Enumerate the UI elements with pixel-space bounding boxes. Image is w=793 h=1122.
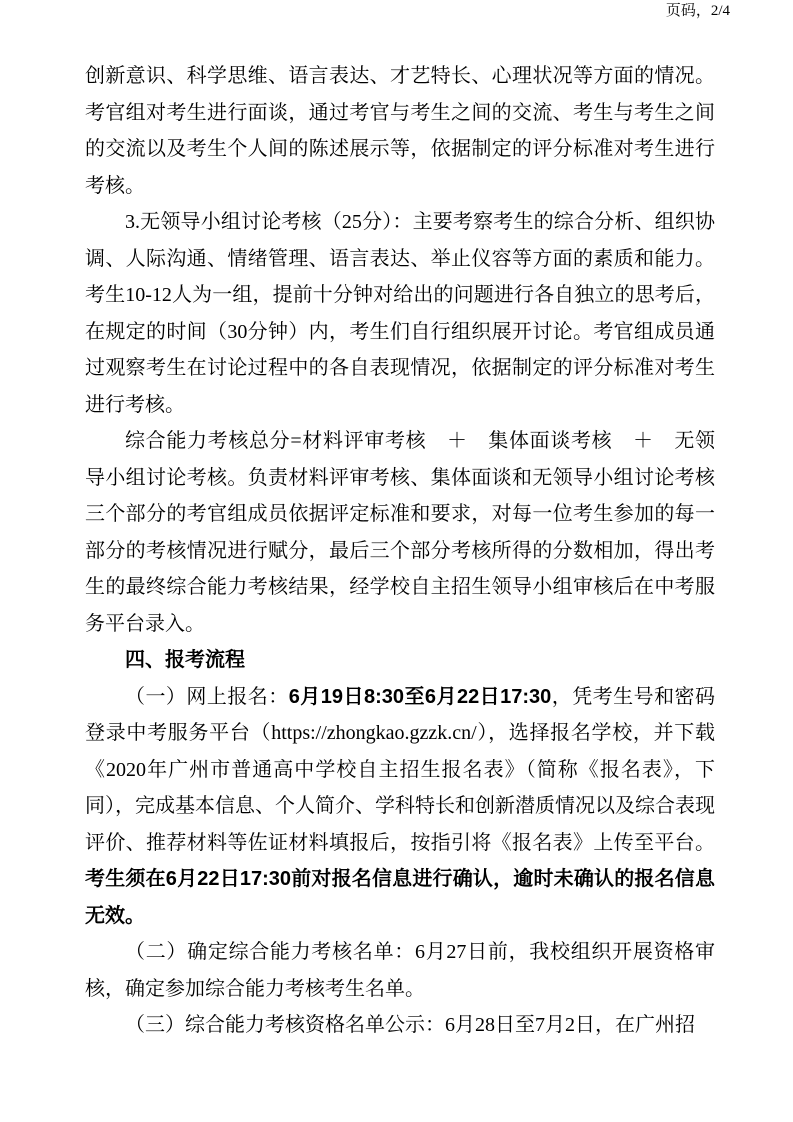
paragraph-total-score-formula: 综合能力考核总分=材料评审考核 ＋ 集体面谈考核 ＋ 无领导小组讨论考核。负责材… [85,423,715,642]
paragraph-qualification-list-publicity: （三）综合能力考核资格名单公示：6月28日至7月2日，在广州招 [85,1007,715,1044]
paragraph-interview-assessment-continuation: 创新意识、科学思维、语言表达、才艺特长、心理状况等方面的情况。考官组对考生进行面… [85,58,715,204]
paragraph-text: （二）确定综合能力考核名单：6月27日前，我校组织开展资格审核，确定参加综合能力… [85,941,715,1000]
paragraph-online-registration: （一）网上报名：6月19日8:30至6月22日17:30，凭考生号和密码登录中考… [85,679,715,935]
paragraph-text: （一）网上报名： [125,686,289,708]
confirmation-deadline-bold-text: 考生须在6月22日17:30前对报名信息进行确认，逾时未确认的报名信息无效。 [85,868,715,927]
paragraph-text: ，凭考生号和密码登录中考服务平台（https://zhongkao.gzzk.c… [85,686,715,854]
section-heading-text: 四、报考流程 [125,649,245,671]
paragraph-candidate-list-determination: （二）确定综合能力考核名单：6月27日前，我校组织开展资格审核，确定参加综合能力… [85,934,715,1007]
paragraph-leaderless-group-discussion: 3.无领导小组讨论考核（25分）：主要考察考生的综合分析、组织协调、人际沟通、情… [85,204,715,423]
paragraph-text: 创新意识、科学思维、语言表达、才艺特长、心理状况等方面的情况。考官组对考生进行面… [85,65,715,197]
paragraph-text: 3.无领导小组讨论考核（25分）：主要考察考生的综合分析、组织协调、人际沟通、情… [85,211,715,416]
document-page: 页码，2/4 创新意识、科学思维、语言表达、才艺特长、心理状况等方面的情况。考官… [0,0,793,1122]
registration-dates-bold-text: 6月19日8:30至6月22日17:30 [289,686,552,708]
section-heading-application-process: 四、报考流程 [85,642,715,679]
page-number-header: 页码，2/4 [666,2,730,20]
document-body: 创新意识、科学思维、语言表达、才艺特长、心理状况等方面的情况。考官组对考生进行面… [85,58,715,1044]
paragraph-text: （三）综合能力考核资格名单公示：6月28日至7月2日，在广州招 [125,1014,695,1036]
paragraph-text: 综合能力考核总分=材料评审考核 ＋ 集体面谈考核 ＋ 无领导小组讨论考核。负责材… [85,430,715,635]
